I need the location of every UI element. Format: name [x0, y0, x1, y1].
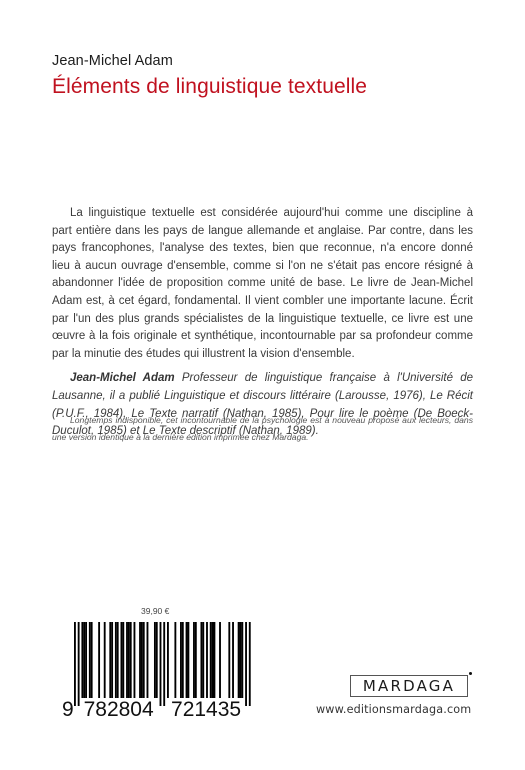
publisher-website[interactable]: www.editionsmardaga.com	[316, 703, 471, 716]
bio-author-name: Jean-Michel Adam	[70, 372, 175, 384]
price-label: 39,90 €	[141, 606, 169, 616]
isbn-digits: 782804	[84, 698, 154, 718]
isbn-digits: 9	[62, 698, 74, 718]
publisher-logo: MARDAGA	[350, 675, 468, 697]
book-description: La linguistique textuelle est considérée…	[52, 205, 473, 441]
publisher-logo-dot	[469, 672, 472, 675]
isbn-digits: 721435	[171, 698, 241, 718]
author-name: Jean-Michel Adam	[52, 53, 173, 69]
description-paragraph: La linguistique textuelle est considérée…	[52, 205, 473, 363]
reissue-note-text: Longtemps indisponible, cet incontournab…	[52, 412, 473, 445]
isbn-barcode: 9782804721435	[60, 622, 260, 718]
book-title: Éléments de linguistique textuelle	[52, 75, 367, 99]
reissue-note: Longtemps indisponible, cet incontournab…	[52, 412, 473, 445]
